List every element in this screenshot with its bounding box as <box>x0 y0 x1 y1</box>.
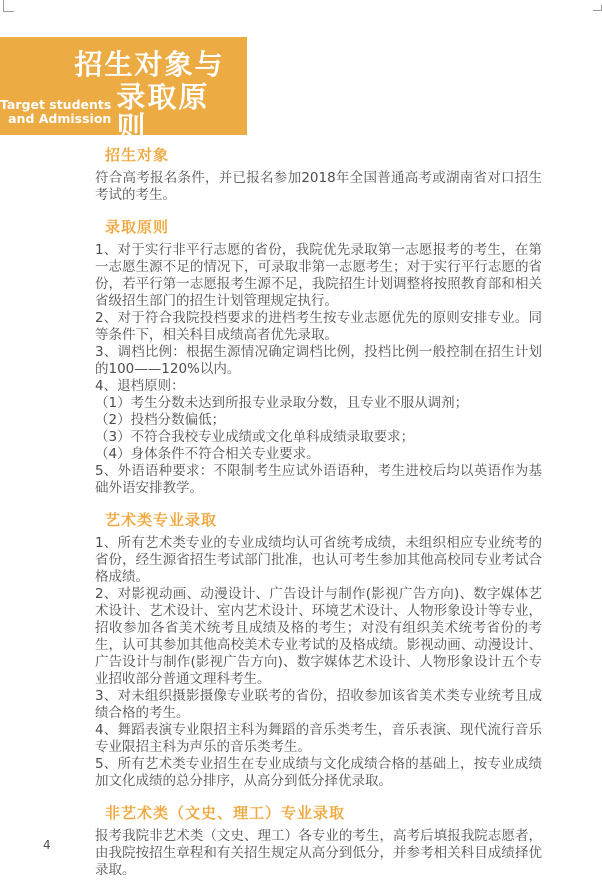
body-paragraph: （3）不符合我校专业成绩或文化单科成绩录取要求； <box>95 429 542 446</box>
page-number: 4 <box>43 838 51 852</box>
body-paragraph: 4、退档原则： <box>95 378 542 395</box>
body-paragraph: （1）考生分数未达到所报专业录取分数，且专业不服从调剂； <box>95 395 542 412</box>
banner-title-line2: 录取原则 <box>116 82 237 143</box>
banner-subtitle-en: Target students and Admission <box>0 98 111 127</box>
banner-line2: Target students and Admission 录取原则 <box>0 82 247 143</box>
section-heading: 非艺术类（文史、理工）专业录取 <box>105 804 542 822</box>
crop-mark-top-left <box>3 0 14 12</box>
banner-subtitle-en-line1: Target students <box>0 98 111 112</box>
section-admission-principles: 录取原则 1、对于实行非平行志愿的省份，我院优先录取第一志愿报考的考生，在第一志… <box>95 218 542 497</box>
section-heading: 招生对象 <box>105 146 542 164</box>
brochure-page: 招生对象与 Target students and Admission 录取原则… <box>0 0 602 890</box>
header-banner: 招生对象与 Target students and Admission 录取原则 <box>0 37 247 135</box>
section-heading: 艺术类专业录取 <box>105 511 542 529</box>
body-paragraph: 符合高考报名条件，并已报名参加2018年全国普通高考或湖南省对口招生考试的考生。 <box>95 170 542 204</box>
body-paragraph: （2）投档分数偏低； <box>95 412 542 429</box>
crop-mark-top-right <box>593 5 602 11</box>
body-paragraph: 4、舞蹈表演专业限招主科为舞蹈的音乐类考生，音乐表演、现代流行音乐专业限招主科为… <box>95 722 542 756</box>
body-paragraph: 1、对于实行非平行志愿的省份，我院优先录取第一志愿报考的考生，在第一志愿生源不足… <box>95 242 542 310</box>
section-heading: 录取原则 <box>105 218 542 236</box>
body-paragraph: 5、所有艺术类专业招生在专业成绩与文化成绩合格的基础上，按专业成绩加文化成绩的总… <box>95 756 542 790</box>
body-paragraph: 1、所有艺术类专业的专业成绩均认可省统考成绩，未组织相应专业统考的省份，经生源省… <box>95 535 542 586</box>
body-paragraph: 3、对未组织摄影摄像专业联考的省份，招收参加该省美术类专业统考且成绩合格的考生。 <box>95 688 542 722</box>
body-paragraph: 2、对于符合我院投档要求的进档考生按专业志愿优先的原则安排专业。同等条件下，相关… <box>95 310 542 344</box>
body-paragraph: （4）身体条件不符合相关专业要求。 <box>95 446 542 463</box>
banner-subtitle-en-line2: and Admission <box>0 112 111 126</box>
body-paragraph: 3、调档比例：根据生源情况确定调档比例，投档比例一般控制在招生计划的100——1… <box>95 344 542 378</box>
section-non-art-majors-admission: 非艺术类（文史、理工）专业录取 报考我院非艺术类（文史、理工）各专业的考生，高考… <box>95 804 542 879</box>
section-admission-target: 招生对象 符合高考报名条件，并已报名参加2018年全国普通高考或湖南省对口招生考… <box>95 146 542 204</box>
body-paragraph: 5、外语语种要求：不限制考生应试外语语种，考生进校后均以英语作为基础外语安排教学… <box>95 463 542 497</box>
banner-title-line1: 招生对象与 <box>0 50 247 81</box>
body-paragraph: 2、对影视动画、动漫设计、广告设计与制作(影视广告方向)、数字媒体艺术设计、艺术… <box>95 586 542 688</box>
body-paragraph: 报考我院非艺术类（文史、理工）各专业的考生，高考后填报我院志愿者，由我院按招生章… <box>95 828 542 879</box>
content-column: 招生对象 符合高考报名条件，并已报名参加2018年全国普通高考或湖南省对口招生考… <box>95 146 542 890</box>
section-art-majors-admission: 艺术类专业录取 1、所有艺术类专业的专业成绩均认可省统考成绩，未组织相应专业统考… <box>95 511 542 790</box>
